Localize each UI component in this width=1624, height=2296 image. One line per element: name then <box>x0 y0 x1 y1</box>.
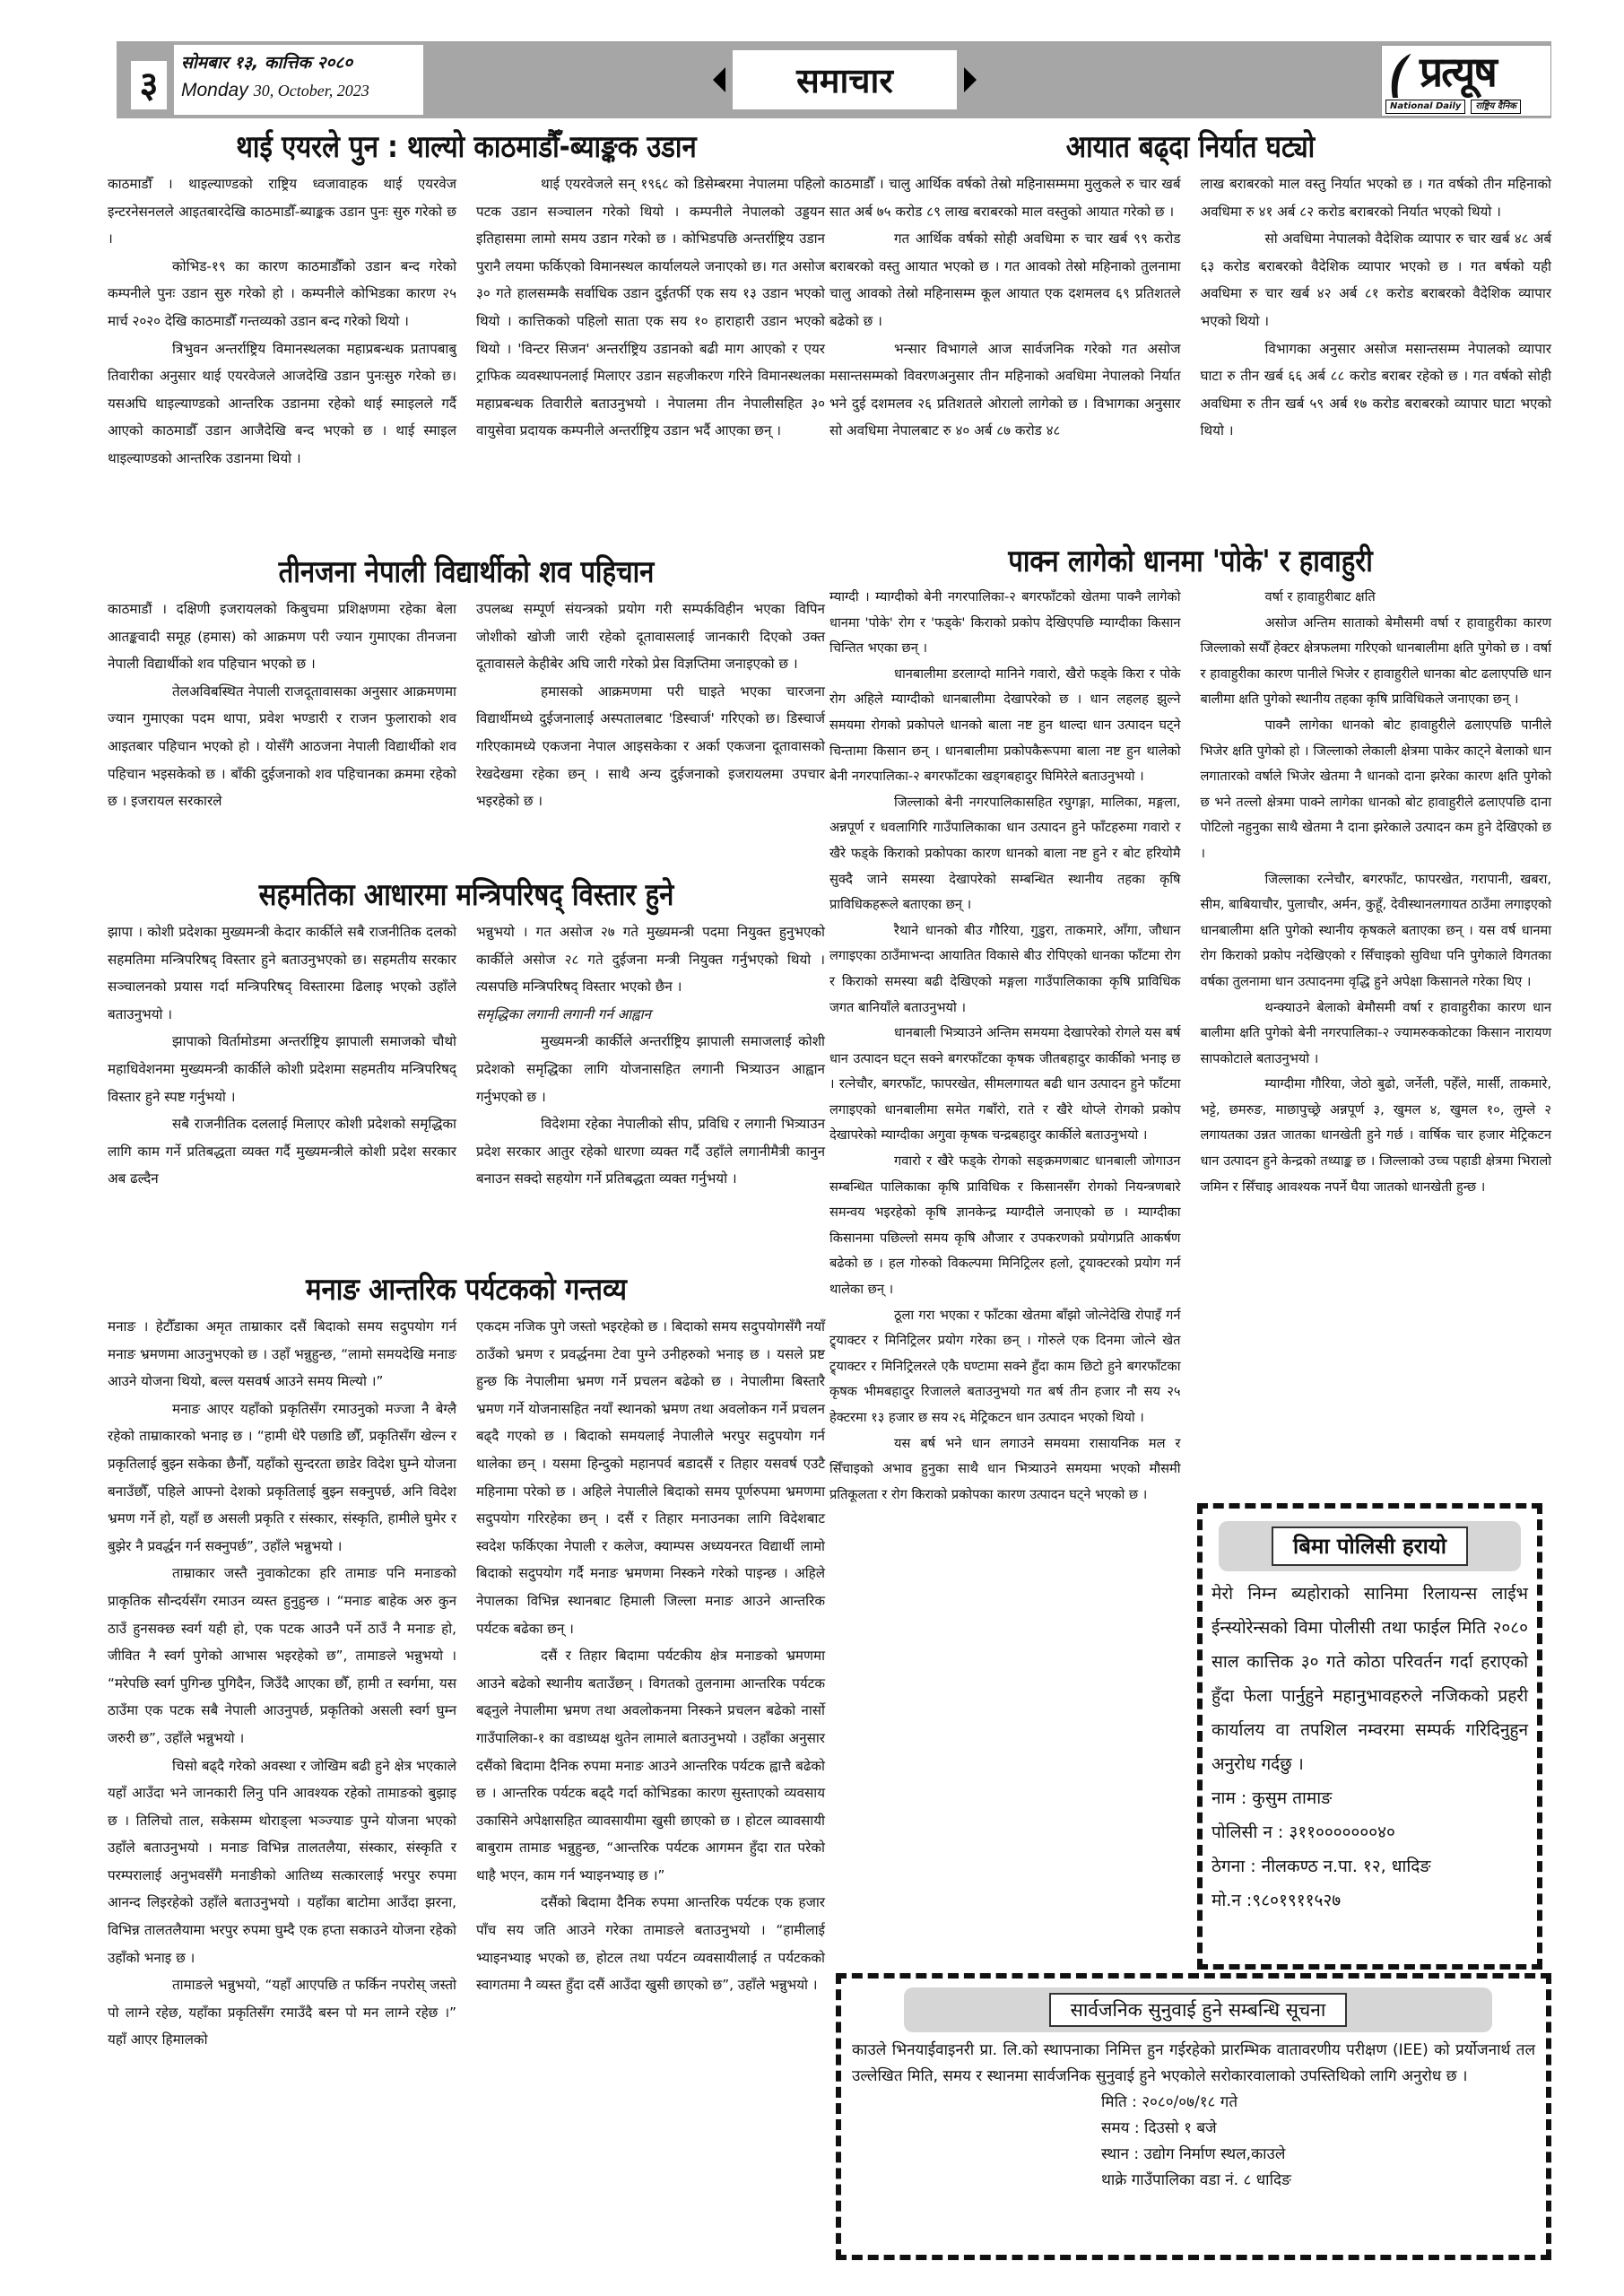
logo-text: प्रत्यूष <box>1420 46 1496 98</box>
paragraph: हमासको आक्रमणमा परी घाइते भएका चारजना वि… <box>476 678 825 815</box>
paragraph: त्रिभुवन अन्तर्राष्ट्रिय विमानस्थलका महा… <box>108 335 456 473</box>
ad-mobile: मो.न :९८०१९११५२७ <box>1203 1883 1537 1918</box>
article-column: लाख बराबरको माल वस्तु निर्यात भएको छ । ग… <box>1201 170 1552 445</box>
headline: सहमतिका आधारमा मन्त्रिपरिषद् विस्तार हुन… <box>158 872 775 918</box>
headline: तीनजना नेपाली विद्यार्थीको शव पहिचान <box>158 549 775 596</box>
notice-details: मिति : २०८०/०७/१८ गते समय : दिउसो १ बजे … <box>1101 2090 1546 2201</box>
date-nepali: सोमबार १३, कात्तिक २०८० <box>181 48 416 77</box>
article-column: झापा । कोशी प्रदेशका मुख्यमन्त्री केदार … <box>108 918 456 1193</box>
paragraph: काठमाडौं । दक्षिणी इजरायलको किबुचमा प्रश… <box>108 596 456 678</box>
article-manang: मनाङ आन्तरिक पर्यटकको गन्तव्य मनाङ । हेट… <box>108 1266 825 2054</box>
article-column: मनाङ । हेटौँडाका अमृत ताम्राकार दसैं बिद… <box>108 1313 456 2054</box>
paragraph: जिल्लाको बेनी नगरपालिकासहित रघुगङ्गा, मा… <box>829 790 1181 918</box>
paragraph: मनाङ । हेटौँडाका अमृत ताम्राकार दसैं बिद… <box>108 1313 456 1396</box>
article-column: वर्षा र हावाहुरीबाट क्षति असोज अन्तिम सा… <box>1201 585 1552 1508</box>
ad-name: नाम : कुसुम तामाङ <box>1203 1781 1537 1815</box>
article-thai-airways: थाई एयरले पुन : थाल्यो काठमाडौँ-ब्याङ्कक… <box>108 124 825 473</box>
paragraph: म्याग्दी । म्याग्दीको बेनी नगरपालिका-२ ब… <box>829 585 1181 662</box>
day-english: Monday <box>181 80 248 100</box>
date-english: Monday30, October, 2023 <box>181 77 416 104</box>
ad-policy-number: पोलिसी न : ३११०००००००४० <box>1203 1815 1537 1849</box>
notice-date: मिति : २०८०/०७/१८ गते <box>1101 2090 1546 2116</box>
article-column: काठमाडौँ । चालु आर्थिक वर्षको तेस्रो महि… <box>829 170 1181 445</box>
paragraph: जिल्लाका रत्नेचौर, बगरफाँट, फापरखेत, गरा… <box>1201 867 1552 996</box>
paragraph: दसैंको बिदामा दैनिक रुपमा आन्तरिक पर्यटक… <box>476 1889 825 1998</box>
paragraph: झापा । कोशी प्रदेशका मुख्यमन्त्री केदार … <box>108 918 456 1028</box>
article-column: थाई एयरवेजले सन् १९६८ को डिसेम्बरमा नेपा… <box>476 170 825 473</box>
paragraph: विभागका अनुसार असोज मसान्तसम्म नेपालको व… <box>1201 335 1552 445</box>
ad-policy-lost: बिमा पोलिसी हरायो मेरो निम्न ब्यहोराको स… <box>1197 1503 1542 1970</box>
paragraph: तामाङले भन्नुभयो, “यहाँ आएपछि त फर्किन न… <box>108 1971 456 2054</box>
article-column: उपलब्ध सम्पूर्ण संयन्त्रको प्रयोग गरी सम… <box>476 596 825 815</box>
paragraph: ठूला गरा भएका र फाँटका खेतमा बाँझो जोत्न… <box>829 1303 1181 1431</box>
ad-title-band: सार्वजनिक सुनुवाई हुने सम्बन्धि सूचना <box>904 1987 1492 2032</box>
ad-public-hearing: सार्वजनिक सुनुवाई हुने सम्बन्धि सूचना का… <box>836 1973 1551 2260</box>
paragraph: गवारो र खैरे फड्के रोगको सङ्क्रमणबाट धान… <box>829 1149 1181 1303</box>
date-english-value: 30, October, 2023 <box>254 82 369 100</box>
paragraph: रैथाने धानको बीउ गौरिया, गुडुरा, ताकमारे… <box>829 918 1181 1021</box>
paragraph: मनाङ आएर यहाँको प्रकृतिसँग रमाउनुको मज्ज… <box>108 1396 456 1561</box>
article-trade: आयात बढ्दा निर्यात घट्यो काठमाडौँ । चालु… <box>829 124 1551 445</box>
paragraph: तेलअविबस्थित नेपाली राजदूतावासका अनुसार … <box>108 678 456 815</box>
logo-sub-nepali: राष्ट्रिय दैनिक <box>1471 100 1521 114</box>
paragraph: थन्क्याउने बेलाको बेमौसमी वर्षा र हावाहु… <box>1201 996 1552 1073</box>
headline: आयात बढ्दा निर्यात घट्यो <box>880 124 1500 170</box>
paragraph: चिसो बढ्दै गरेको अवस्था र जोखिम बढी हुने… <box>108 1752 456 1972</box>
paragraph: काठमाडौँ । चालु आर्थिक वर्षको तेस्रो महि… <box>829 170 1181 225</box>
paragraph: पाक्नै लागेका धानको बोट हावाहुरीले ढलाएप… <box>1201 713 1552 867</box>
headline: थाई एयरले पुन : थाल्यो काठमाडौँ-ब्याङ्कक… <box>158 124 775 170</box>
paragraph: भन्सार विभागले आज सार्वजनिक गरेको गत असो… <box>829 335 1181 445</box>
paragraph: विदेशमा रहेका नेपालीको सीप, प्रविधि र लग… <box>476 1110 825 1193</box>
notice-place: स्थान : उद्योग निर्माण स्थल,काउले <box>1101 2142 1546 2168</box>
paragraph: गत आर्थिक वर्षको सोही अवधिमा रु चार खर्ब… <box>829 225 1181 335</box>
arrow-right-icon[interactable] <box>964 67 977 92</box>
article-column: म्याग्दी । म्याग्दीको बेनी नगरपालिका-२ ब… <box>829 585 1181 1508</box>
arrow-left-icon[interactable] <box>713 67 725 92</box>
paragraph: दसैं र तिहार बिदामा पर्यटकीय क्षेत्र मना… <box>476 1642 825 1889</box>
ad-title-band: बिमा पोलिसी हरायो <box>1219 1521 1521 1571</box>
article-column: भन्नुभयो । गत असोज २७ गते मुख्यमन्त्री प… <box>476 918 825 1193</box>
notice-place-line2: थाक्रे गाउँपालिका वडा नं. ८ धादिङ <box>1101 2168 1546 2194</box>
logo-subtitle: National Daily राष्ट्रिय दैनिक <box>1385 100 1549 114</box>
headline: पाक्न लागेको धानमा 'पोके' र हावाहुरी <box>880 538 1500 585</box>
paragraph: उपलब्ध सम्पूर्ण संयन्त्रको प्रयोग गरी सम… <box>476 596 825 678</box>
paragraph: सो अवधिमा नेपालको वैदेशिक व्यापार रु चार… <box>1201 225 1552 335</box>
page-number: ३ <box>131 61 167 109</box>
subheading: वर्षा र हावाहुरीबाट क्षति <box>1201 585 1552 611</box>
headline: मनाङ आन्तरिक पर्यटकको गन्तव्य <box>158 1266 775 1313</box>
article-column: काठमाडौँ । थाइल्याण्डको राष्ट्रिय ध्वजाव… <box>108 170 456 473</box>
paragraph: म्याग्दीमा गौरिया, जेठो बुढो, जर्नेली, प… <box>1201 1072 1552 1200</box>
logo-sub-english: National Daily <box>1385 100 1465 114</box>
notice-body: काउले भिनयार्ईवाइनरी प्रा. लि.को स्थापना… <box>841 2038 1546 2090</box>
ad-title: सार्वजनिक सुनुवाई हुने सम्बन्धि सूचना <box>1049 1993 1348 2027</box>
paragraph: धानबाली भित्र्याउने अन्तिम समयमा देखापरे… <box>829 1021 1181 1149</box>
paragraph: ताम्राकार जस्तै नुवाकोटका हरि तामाङ पनि … <box>108 1560 456 1752</box>
newspaper-logo: प्रत्यूष National Daily राष्ट्रिय दैनिक <box>1381 45 1551 117</box>
paragraph: मुख्यमन्त्री कार्कीले अन्तर्राष्ट्रिय झा… <box>476 1028 825 1110</box>
article-column: काठमाडौं । दक्षिणी इजरायलको किबुचमा प्रश… <box>108 596 456 815</box>
paragraph: धानबालीमा डरलाग्दो मानिने गवारो, खैरो फड… <box>829 662 1181 790</box>
ad-address: ठेगना : नीलकण्ठ न.पा. १२, धादिङ <box>1203 1849 1537 1883</box>
article-column: एकदम नजिक पुगे जस्तो भइरहेको छ । बिदाको … <box>476 1313 825 2054</box>
paragraph: असोज अन्तिम साताको बेमौसमी वर्षा र हावाह… <box>1201 611 1552 713</box>
article-cabinet: सहमतिका आधारमा मन्त्रिपरिषद् विस्तार हुन… <box>108 872 825 1193</box>
paragraph: कोभिड-१९ का कारण काठमाडौँको उडान बन्द गर… <box>108 253 456 335</box>
paragraph: भन्नुभयो । गत असोज २७ गते मुख्यमन्त्री प… <box>476 918 825 1001</box>
paragraph: काठमाडौँ । थाइल्याण्डको राष्ट्रिय ध्वजाव… <box>108 170 456 253</box>
paragraph: एकदम नजिक पुगे जस्तो भइरहेको छ । बिदाको … <box>476 1313 825 1642</box>
feather-icon <box>1385 51 1420 101</box>
masthead: ३ सोमबार १३, कात्तिक २०८० Monday30, Octo… <box>117 41 1551 118</box>
ad-body: मेरो निम्न ब्यहोराको सानिमा रिलायन्स लाई… <box>1203 1577 1537 1781</box>
section-nav: समाचार <box>713 41 977 118</box>
paragraph: यस बर्ष भने धान लगाउने समयमा रासायनिक मल… <box>829 1431 1181 1509</box>
ad-title: बिमा पोलिसी हरायो <box>1272 1526 1468 1566</box>
paragraph: थाई एयरवेजले सन् १९६८ को डिसेम्बरमा नेपा… <box>476 170 825 445</box>
paragraph: सबै राजनीतिक दललाई मिलाएर कोशी प्रदेशको … <box>108 1110 456 1193</box>
section-title: समाचार <box>733 50 957 109</box>
paragraph: लाख बराबरको माल वस्तु निर्यात भएको छ । ग… <box>1201 170 1552 225</box>
notice-time: समय : दिउसो १ बजे <box>1101 2116 1546 2142</box>
paragraph: झापाको विर्तामोडमा अन्तर्राष्ट्रिय झापाल… <box>108 1028 456 1110</box>
article-students: तीनजना नेपाली विद्यार्थीको शव पहिचान काठ… <box>108 549 825 815</box>
subheading: समृद्धिका लगानी लगानी गर्न आह्वान <box>476 1001 825 1029</box>
date-box: सोमबार १३, कात्तिक २०८० Monday30, Octobe… <box>174 45 423 115</box>
article-paddy: पाक्न लागेको धानमा 'पोके' र हावाहुरी म्य… <box>829 538 1551 1508</box>
